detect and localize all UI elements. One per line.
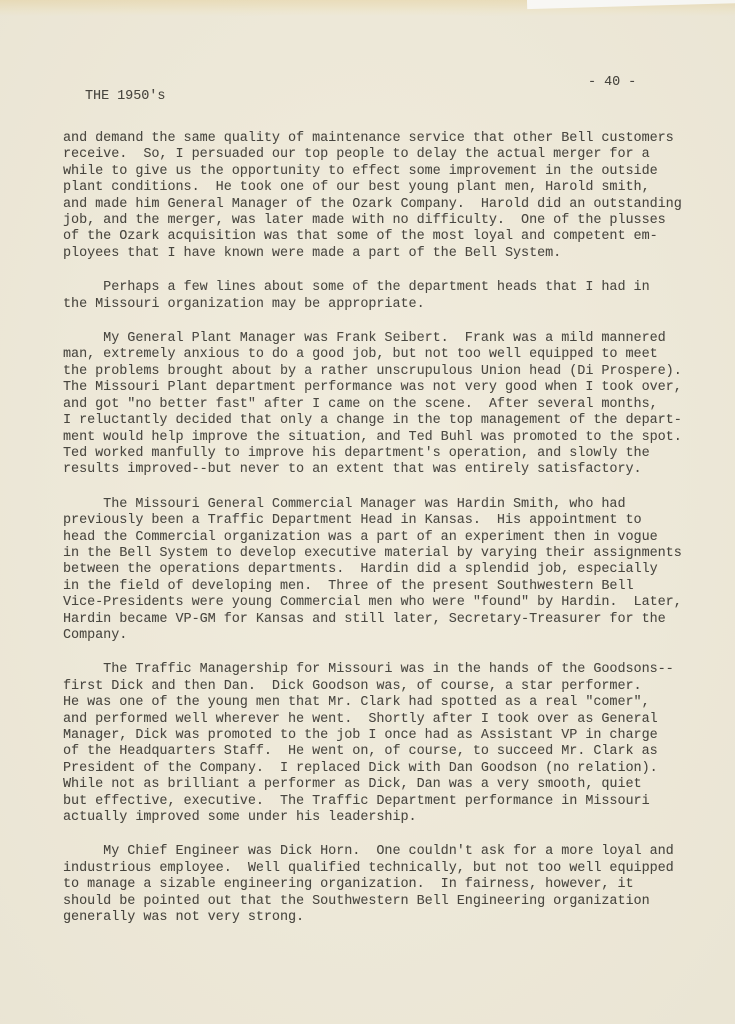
page-number: - 40 - [588, 75, 636, 91]
document-page: - 40 - THE 1950's and demand the same qu… [0, 0, 735, 1024]
page-title: THE 1950's [85, 89, 165, 105]
paragraph-hardin-smith: The Missouri General Commercial Manager … [63, 497, 723, 645]
paragraph-frank-seibert: My General Plant Manager was Frank Seibe… [63, 331, 723, 479]
paragraph-dick-horn: My Chief Engineer was Dick Horn. One cou… [63, 844, 723, 926]
paragraph-goodsons-traffic: The Traffic Managership for Missouri was… [63, 662, 723, 826]
paragraph-merger-maintenance: and demand the same quality of maintenan… [63, 131, 723, 262]
paragraph-department-heads-intro: Perhaps a few lines about some of the de… [63, 280, 723, 313]
document-body: and demand the same quality of maintenan… [63, 131, 723, 944]
